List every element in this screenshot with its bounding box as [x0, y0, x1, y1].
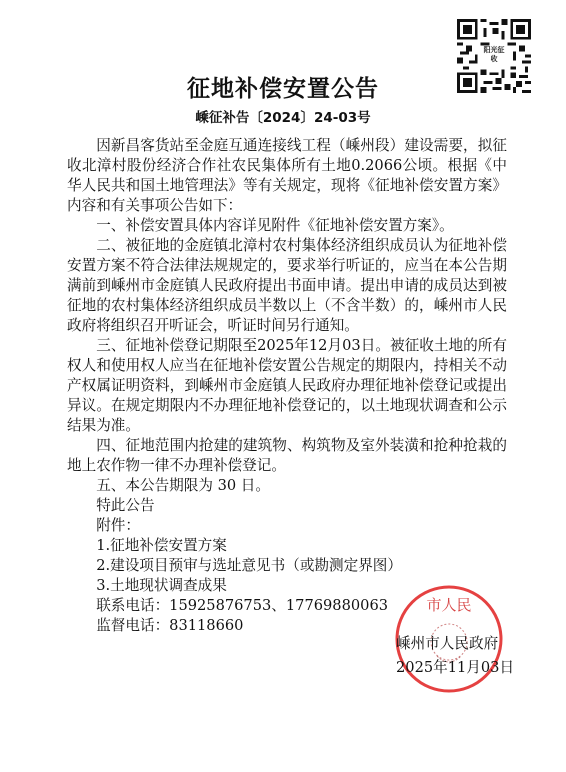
announcement-body: 因新昌客货站至金庭互通连接线工程（嵊州段）建设需要，拟征收北漳村股份经济合作社农…: [67, 136, 507, 636]
closing-line: 特此公告: [67, 496, 507, 516]
seal-arc-text: 市人民: [426, 596, 471, 614]
attachment-item: 2.建设项目预审与选址意见书（或勘测定界图）: [67, 556, 507, 576]
issuer-name: 嵊州市人民政府: [396, 632, 528, 656]
intro-paragraph: 因新昌客货站至金庭互通连接线工程（嵊州段）建设需要，拟征收北漳村股份经济合作社农…: [67, 136, 507, 216]
signature-block: 嵊州市人民政府 2025年11月03日: [396, 632, 528, 680]
clause-3: 三、征地补偿登记期限至2025年12月03日。被征收土地的所有权人和使用权人应当…: [67, 336, 507, 436]
clause-2: 二、被征地的金庭镇北漳村农村集体经济组织成员认为征地补偿安置方案不符合法律法规规…: [67, 236, 507, 336]
attachment-item: 1.征地补偿安置方案: [67, 536, 507, 556]
qr-center-label: 阳光征收: [482, 46, 506, 66]
clause-4: 四、征地范围内抢建的建筑物、构筑物及室外装潢和抢种抢栽的地上农作物一律不办理补偿…: [67, 436, 507, 476]
clause-1: 一、补偿安置具体内容详见附件《征地补偿安置方案》。: [67, 216, 507, 236]
page-title: 征地补偿安置公告: [0, 70, 566, 103]
issue-date: 2025年11月03日: [396, 656, 528, 680]
document-number: 嵊征补告〔2024〕24-03号: [0, 106, 566, 126]
attachments-label: 附件：: [67, 516, 507, 536]
clause-5: 五、本公告期限为 30 日。: [67, 476, 507, 496]
